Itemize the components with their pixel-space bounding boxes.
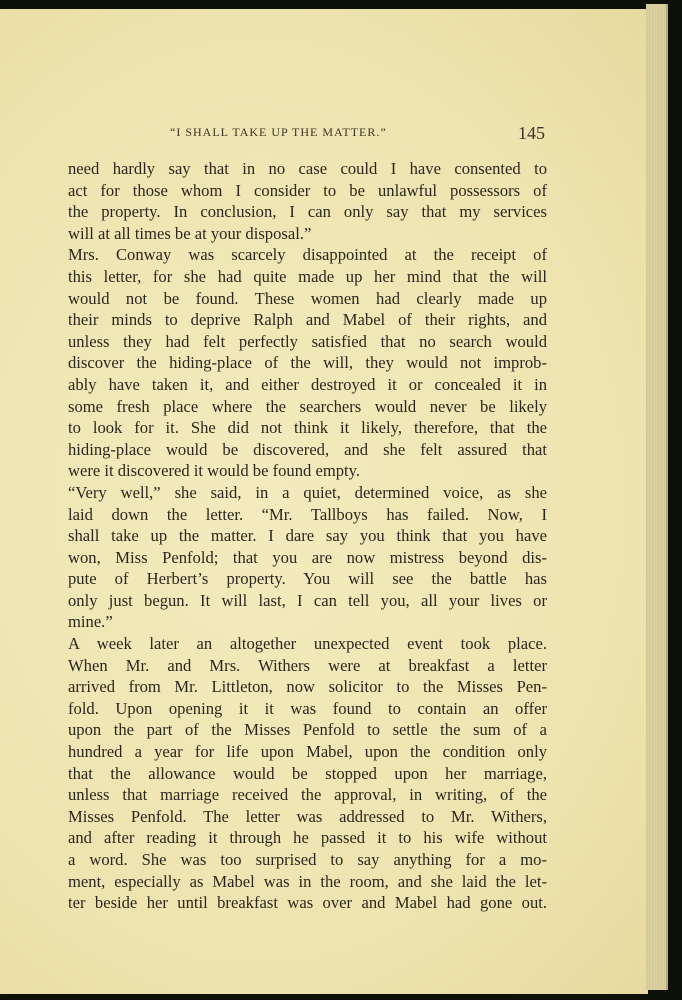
text-line: unless that marriage received the approv… — [68, 784, 547, 806]
body-text: need hardly say that in no case could I … — [68, 158, 547, 914]
text-line: mine.” — [68, 611, 547, 633]
text-line: won, Miss Penfold; that you are now mist… — [68, 547, 547, 569]
text-line: arrived from Mr. Littleton, now solicito… — [68, 676, 547, 698]
text-line: to look for it. She did not think it lik… — [68, 417, 547, 439]
text-line: “Very well,” she said, in a quiet, deter… — [68, 482, 547, 504]
text-line: unless they had felt perfectly satisfied… — [68, 331, 547, 353]
book-page: “I SHALL TAKE UP THE MATTER.” 145 need h… — [0, 9, 648, 994]
text-line: hundred a year for life upon Mabel, upon… — [68, 741, 547, 763]
text-line: some fresh place where the searchers wou… — [68, 396, 547, 418]
text-line: upon the part of the Misses Penfold to s… — [68, 719, 547, 741]
text-line: shall take up the matter. I dare say you… — [68, 525, 547, 547]
text-line: were it discovered it would be found emp… — [68, 460, 547, 482]
text-line: a word. She was too surprised to say any… — [68, 849, 547, 871]
text-line: Misses Penfold. The letter was addressed… — [68, 806, 547, 828]
text-line: this letter, for she had quite made up h… — [68, 266, 547, 288]
text-line: and after reading it through he passed i… — [68, 827, 547, 849]
text-line: When Mr. and Mrs. Withers were at breakf… — [68, 655, 547, 677]
text-line: only just begun. It will last, I can tel… — [68, 590, 547, 612]
text-line: discover the hiding-place of the will, t… — [68, 352, 547, 374]
text-line: laid down the letter. “Mr. Tallboys has … — [68, 504, 547, 526]
text-line: A week later an altogether unexpected ev… — [68, 633, 547, 655]
text-line: pute of Herbert’s property. You will see… — [68, 568, 547, 590]
running-title: “I SHALL TAKE UP THE MATTER.” — [170, 125, 387, 140]
text-line: ter beside her until breakfast was over … — [68, 892, 547, 914]
text-line: that the allowance would be stopped upon… — [68, 763, 547, 785]
page-number: 145 — [518, 123, 545, 144]
text-line: act for those whom I consider to be unla… — [68, 180, 547, 202]
text-line: fold. Upon opening it it was found to co… — [68, 698, 547, 720]
text-line: ment, especially as Mabel was in the roo… — [68, 871, 547, 893]
text-line: ably have taken it, and either destroyed… — [68, 374, 547, 396]
text-line: hiding-place would be discovered, and sh… — [68, 439, 547, 461]
text-line: would not be found. These women had clea… — [68, 288, 547, 310]
page-stack-edge — [646, 4, 668, 990]
text-line: need hardly say that in no case could I … — [68, 158, 547, 180]
text-line: Mrs. Conway was scarcely disappointed at… — [68, 244, 547, 266]
text-line: the property. In conclusion, I can only … — [68, 201, 547, 223]
text-line: their minds to deprive Ralph and Mabel o… — [68, 309, 547, 331]
text-line: will at all times be at your disposal.” — [68, 223, 547, 245]
